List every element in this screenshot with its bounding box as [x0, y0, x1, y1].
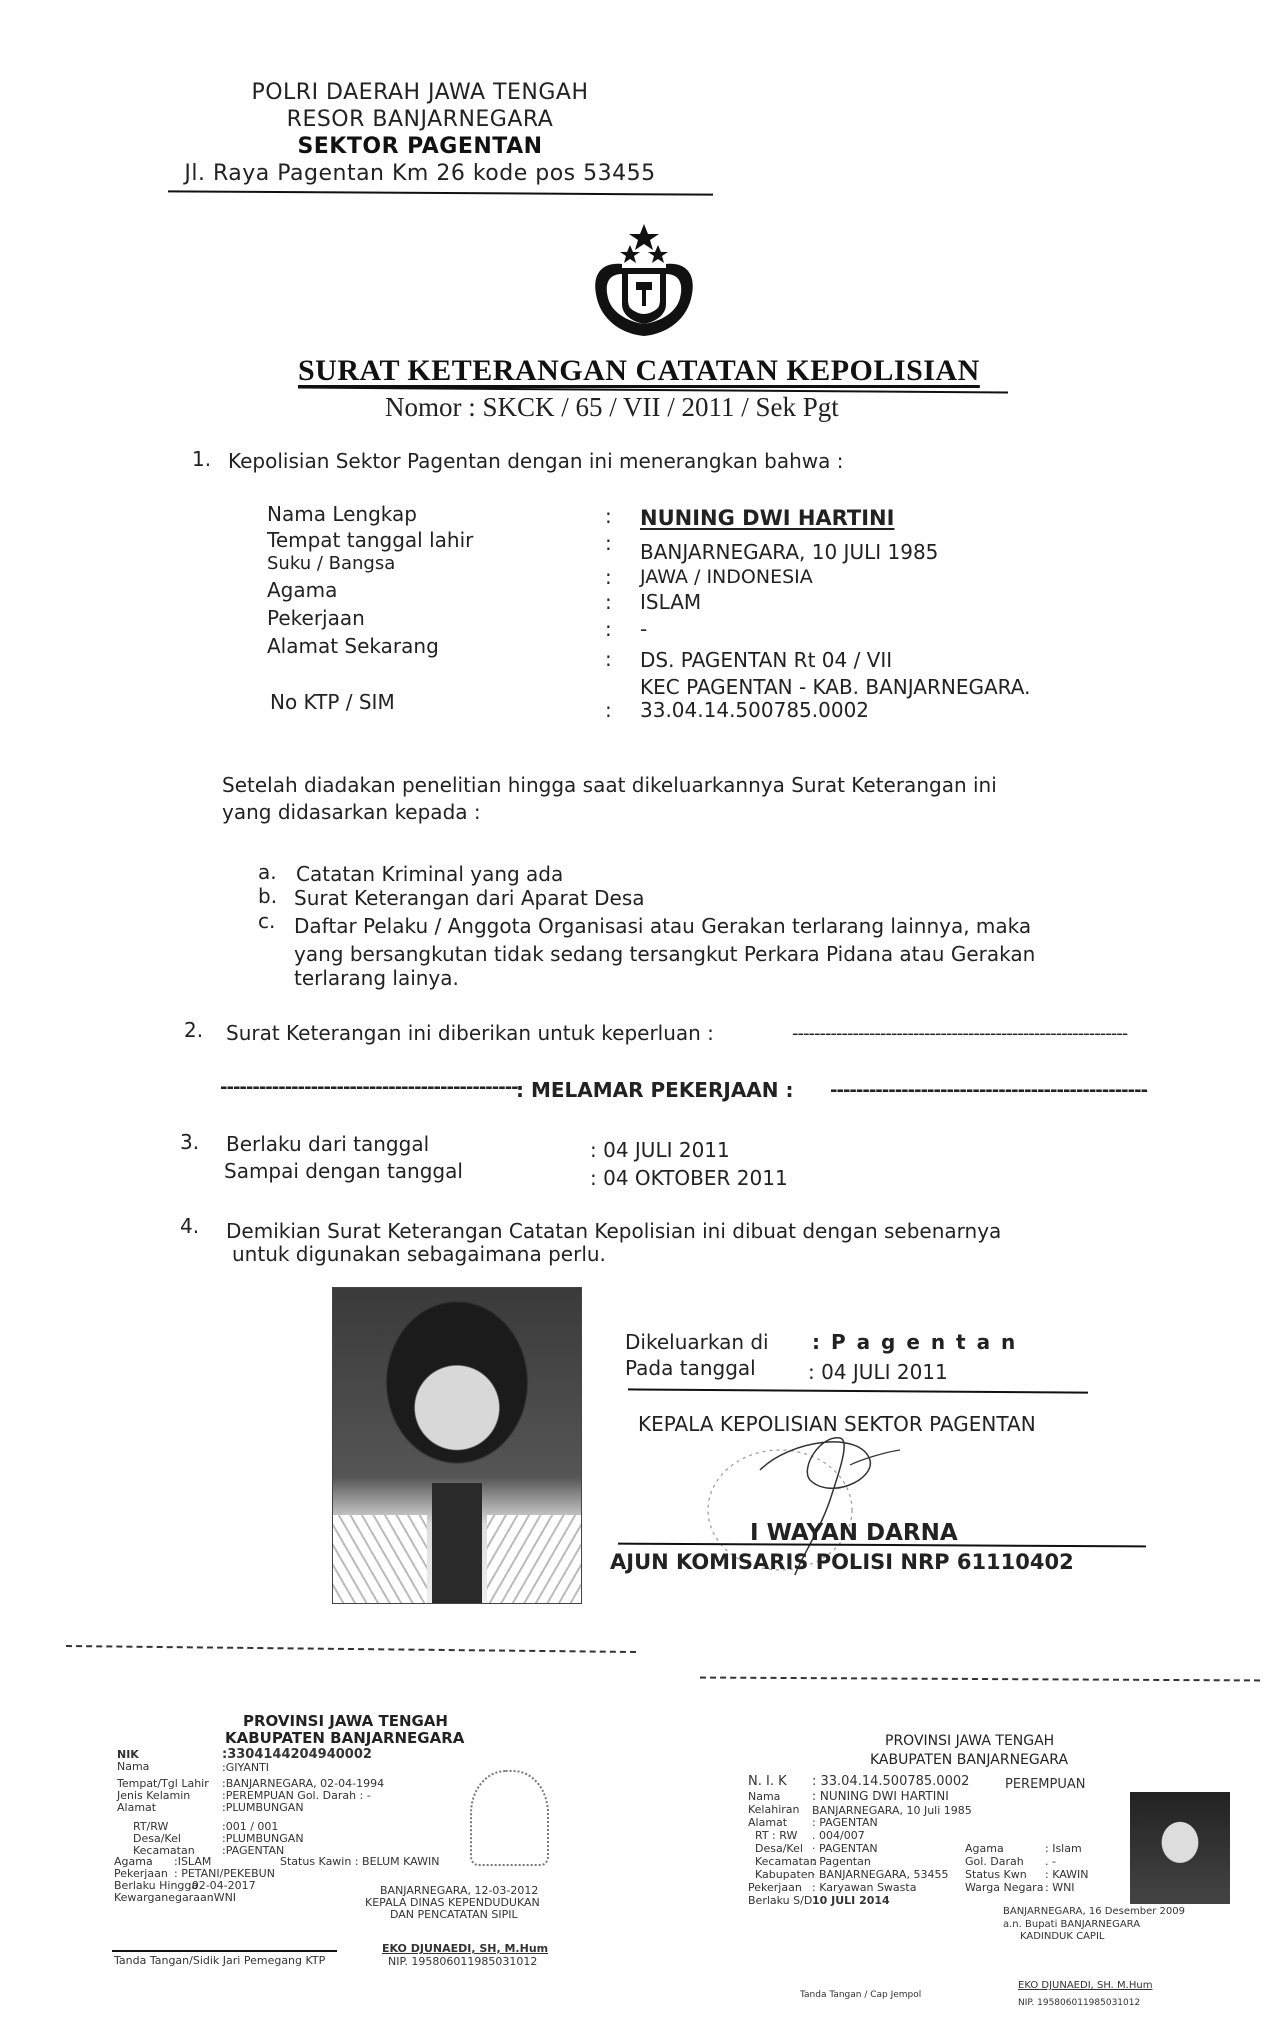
ktp-right-label: Berlaku S/D	[748, 1894, 812, 1907]
valid-to-label: Sampai dengan tanggal	[224, 1159, 463, 1183]
closing-line2: untuk digunakan sebagaimana perlu.	[232, 1242, 606, 1266]
ktp-right-label: RT : RW	[755, 1829, 797, 1842]
basis-letter-b: b.	[258, 884, 277, 908]
ktp-right-label: Kabupaten	[755, 1868, 815, 1881]
ktp-left-value: :WNI	[210, 1891, 236, 1904]
ktp-left-sig-line	[112, 1950, 337, 1952]
field-value-id: 33.04.14.500785.0002	[640, 698, 869, 722]
purpose-value: : MELAMAR PEKERJAAN :	[516, 1078, 793, 1102]
ktp-left-regency: KABUPATEN BANJARNEGARA	[225, 1729, 464, 1747]
field-label-ethnicity: Suku / Bangsa	[267, 553, 395, 574]
document-number: Nomor : SKCK / 65 / VII / 2011 / Sek Pgt	[385, 392, 839, 423]
colon: :	[605, 698, 612, 722]
closing-line1: Demikian Surat Keterangan Catatan Kepoli…	[226, 1219, 1001, 1243]
section3-number: 3.	[180, 1130, 199, 1154]
field-label-name: Nama Lengkap	[267, 502, 417, 526]
ktp-right-value: : 33.04.14.500785.0002	[812, 1774, 969, 1789]
field-label-occupation: Pekerjaan	[267, 606, 365, 630]
valid-from-value: : 04 JULI 2011	[590, 1138, 730, 1162]
basis-item-c-line1: Daftar Pelaku / Anggota Organisasi atau …	[294, 914, 1031, 938]
ktp-left-value: :GIYANTI	[222, 1761, 269, 1774]
dash-filler: ----------------------------------------…	[220, 1077, 520, 1098]
ktp-right-photo	[1130, 1792, 1230, 1904]
ktp-right-gender: PEREMPUAN	[1005, 1777, 1086, 1792]
issued-date-label: Pada tanggal	[625, 1356, 756, 1380]
cut-line-right	[700, 1677, 1260, 1682]
field-value-address: DS. PAGENTAN Rt 04 / VII	[640, 648, 892, 672]
basis-item-a: Catatan Kriminal yang ada	[296, 862, 563, 886]
ktp-right-side-label: Status Kwn	[965, 1868, 1027, 1881]
document-title: SURAT KETERANGAN CATATAN KEPOLISIAN	[298, 354, 980, 388]
field-value-birth: BANJARNEGARA, 10 JULI 1985	[640, 540, 938, 564]
issued-date-value: : 04 JULI 2011	[808, 1360, 948, 1384]
colon: :	[605, 504, 612, 528]
dash-filler: ----------------------------------------…	[830, 1080, 1148, 1101]
ktp-right-official: EKO DJUNAEDI, SH. M.Hum	[1018, 1980, 1152, 1991]
ktp-right-label: Desa/Kel	[755, 1842, 803, 1855]
field-label-religion: Agama	[267, 578, 337, 602]
letterhead-divider	[168, 190, 713, 195]
colon: :	[605, 590, 612, 614]
ktp-right-label: Kelahiran	[748, 1803, 800, 1816]
field-value-ethnicity: JAWA / INDONESIA	[640, 566, 813, 588]
ktp-right-nip: NIP. 195806011985031012	[1018, 1998, 1140, 2008]
ktp-left-value: :PLUMBUNGAN	[222, 1801, 304, 1814]
ktp-right-label: Nama	[748, 1790, 780, 1803]
section4-number: 4.	[180, 1214, 199, 1238]
photo-shirt	[487, 1515, 581, 1603]
basis-letter-a: a.	[258, 860, 277, 884]
dash-filler: ----------------------------------------…	[792, 1023, 1142, 1044]
field-value-address-line2: KEC PAGENTAN - KAB. BANJARNEGARA.	[640, 675, 1030, 699]
valid-to-value: : 04 OKTOBER 2011	[590, 1166, 788, 1190]
applicant-photo	[332, 1287, 582, 1604]
ktp-right-label: N. I. K	[748, 1774, 787, 1789]
issuance-divider	[628, 1388, 1088, 1393]
ktp-right-holder-sig: Tanda Tangan / Cap Jempol	[800, 1990, 921, 2000]
valid-from-label: Berlaku dari tanggal	[226, 1132, 429, 1156]
ktp-right-province: PROVINSI JAWA TENGAH	[885, 1733, 1054, 1749]
ktp-left-value: :PAGENTAN	[222, 1844, 284, 1857]
issued-at-value: : P a g e n t a n	[812, 1330, 1017, 1354]
ktp-right-regency: KABUPATEN BANJARNEGARA	[870, 1752, 1068, 1768]
ktp-left-marital: Status Kawin : BELUM KAWIN	[280, 1855, 439, 1868]
ktp-right-label: Kecamatan	[755, 1855, 817, 1868]
section2-text: Surat Keterangan ini diberikan untuk kep…	[226, 1021, 714, 1045]
letterhead-line2: RESOR BANJARNEGARA	[190, 107, 650, 132]
ktp-left-official: EKO DJUNAEDI, SH, M.Hum	[382, 1942, 548, 1955]
ktp-right-side-label: Gol. Darah	[965, 1855, 1024, 1868]
ktp-left-photo	[470, 1770, 549, 1866]
ktp-right-value: 10 JULI 2014	[812, 1894, 890, 1907]
ktp-right-value: : NUNING DWI HARTINI	[812, 1789, 949, 1803]
police-emblem-icon	[582, 212, 707, 340]
colon: :	[605, 565, 612, 589]
ktp-left-label: Nama	[117, 1760, 149, 1773]
ktp-left-value: :3304144204940002	[222, 1747, 372, 1762]
letterhead-line3: SEKTOR PAGENTAN	[190, 134, 650, 159]
ktp-right-value: : PAGENTAN	[812, 1816, 878, 1829]
ktp-right-value: · PAGENTAN	[812, 1842, 878, 1855]
section1-intro: Kepolisian Sektor Pagentan dengan ini me…	[228, 449, 843, 473]
ktp-left-label: Kewarganegaraan	[114, 1891, 214, 1904]
field-value-name: NUNING DWI HARTINI	[640, 506, 894, 530]
research-paragraph-line2: yang didasarkan kepada :	[222, 800, 481, 824]
ktp-right-side-value: . -	[1045, 1855, 1056, 1868]
ktp-right-label: Alamat	[748, 1816, 787, 1829]
ktp-left-nip: NIP. 195806011985031012	[388, 1955, 537, 1968]
ktp-left-province: PROVINSI JAWA TENGAH	[243, 1712, 448, 1730]
ktp-right-value: : Karyawan Swasta	[812, 1881, 916, 1894]
ktp-right-side-value: : Islam	[1045, 1842, 1082, 1855]
field-value-religion: ISLAM	[640, 590, 701, 614]
colon: :	[605, 617, 612, 641]
basis-letter-c: c.	[258, 909, 275, 933]
field-label-address: Alamat Sekarang	[267, 634, 439, 658]
issued-at-label: Dikeluarkan di	[625, 1330, 769, 1354]
field-label-birth: Tempat tanggal lahir	[267, 528, 473, 552]
ktp-right-value: . 004/007	[812, 1829, 865, 1842]
ktp-right-issued: BANJARNEGARA, 16 Desember 2009	[1003, 1906, 1185, 1917]
ktp-right-office1: a.n. Bupati BANJARNEGARA	[1003, 1919, 1140, 1930]
ktp-right-side-value: : KAWIN	[1045, 1868, 1089, 1881]
section1-number: 1.	[192, 447, 211, 471]
ktp-left-holder-sig: Tanda Tangan/Sidik Jari Pemegang KTP	[114, 1954, 325, 1967]
ktp-right-side-label: Agama	[965, 1842, 1004, 1855]
ktp-right-office2: KADINDUK CAPIL	[1020, 1931, 1104, 1942]
ktp-right-value: · BANJARNEGARA, 53455	[812, 1868, 948, 1881]
field-label-id: No KTP / SIM	[270, 690, 395, 714]
photo-shirt	[333, 1515, 427, 1603]
research-paragraph-line1: Setelah diadakan penelitian hingga saat …	[222, 773, 997, 797]
official-name: I WAYAN DARNA	[750, 1520, 958, 1546]
letterhead-line1: POLRI DAERAH JAWA TENGAH	[190, 80, 650, 105]
ktp-left-office2: DAN PENCATATAN SIPIL	[390, 1908, 518, 1921]
basis-item-c-line3: terlarang lainya.	[294, 966, 459, 990]
ktp-left-label: Alamat	[117, 1801, 156, 1814]
ktp-right-side-value: : WNI	[1045, 1881, 1075, 1894]
basis-item-b: Surat Keterangan dari Aparat Desa	[294, 886, 645, 910]
cut-line-left	[66, 1645, 636, 1653]
ktp-right-label: Pekerjaan	[748, 1881, 802, 1894]
colon: :	[605, 647, 612, 671]
field-value-occupation: -	[640, 617, 647, 641]
official-rank: AJUN KOMISARIS POLISI NRP 61110402	[610, 1550, 1074, 1574]
ktp-right-value: : Pagentan	[812, 1855, 871, 1868]
letterhead-address: Jl. Raya Pagentan Km 26 kode pos 53455	[170, 161, 670, 186]
colon: :	[605, 531, 612, 555]
basis-item-c-line2: yang bersangkutan tidak sedang tersangku…	[294, 942, 1035, 966]
photo-neck	[432, 1483, 482, 1603]
ktp-right-side-label: Warga Negara	[965, 1881, 1043, 1894]
section2-number: 2.	[184, 1018, 203, 1042]
